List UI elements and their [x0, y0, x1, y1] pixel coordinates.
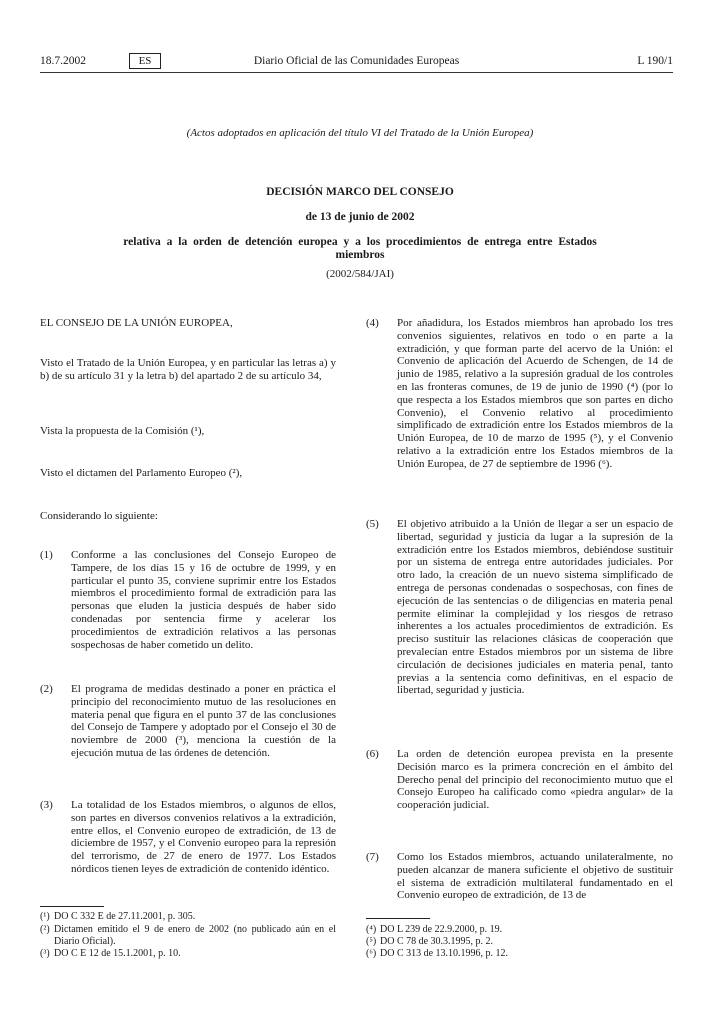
footnote-5: (⁵) DO C 78 de 30.3.1995, p. 2. [366, 936, 673, 948]
recital-1: (1) Conforme a las conclusiones del Cons… [40, 549, 336, 651]
recital-text: La orden de detención europea prevista e… [397, 748, 673, 812]
recital-2: (2) El programa de medidas destinado a p… [40, 683, 336, 760]
recital-6: (6) La orden de detención europea previs… [366, 748, 673, 812]
footnote-divider [40, 906, 104, 907]
recital-text: Conforme a las conclusiones del Consejo … [71, 549, 336, 651]
recital-text: El programa de medidas destinado a poner… [71, 683, 336, 760]
footnote-3: (³) DO C E 12 de 15.1.2001, p. 10. [40, 948, 336, 960]
footnote-1: (¹) DO C 332 E de 27.11.2001, p. 305. [40, 911, 336, 923]
recital-5: (5) El objetivo atribuido a la Unión de … [366, 518, 673, 697]
preamble-proposal: Vista la propuesta de la Comisión (¹), [40, 425, 336, 438]
recital-number: (1) [40, 549, 70, 562]
recital-number: (5) [366, 518, 396, 531]
preamble-council: EL CONSEJO DE LA UNIÓN EUROPEA, [40, 317, 336, 330]
recital-text: La totalidad de los Estados miembros, o … [71, 799, 336, 876]
recital-number: (6) [366, 748, 396, 761]
preamble-whereas: Considerando lo siguiente: [40, 510, 336, 523]
recital-number: (7) [366, 851, 396, 864]
recital-text: Como los Estados miembros, actuando unil… [397, 851, 673, 902]
footnote-2: (²) Dictamen emitido el 9 de enero de 20… [40, 924, 336, 948]
recital-number: (3) [40, 799, 70, 812]
right-column: (4) Por añadidura, los Estados miembros … [366, 0, 673, 1019]
recital-text: Por añadidura, los Estados miembros han … [397, 317, 673, 471]
recital-3: (3) La totalidad de los Estados miembros… [40, 799, 336, 876]
preamble-treaty: Visto el Tratado de la Unión Europea, y … [40, 357, 336, 383]
recital-4: (4) Por añadidura, los Estados miembros … [366, 317, 673, 471]
left-column: EL CONSEJO DE LA UNIÓN EUROPEA, Visto el… [40, 0, 336, 1019]
recital-7: (7) Como los Estados miembros, actuando … [366, 851, 673, 902]
footnote-6: (⁶) DO C 313 de 13.10.1996, p. 12. [366, 948, 673, 960]
recital-text: El objetivo atribuido a la Unión de lleg… [397, 518, 673, 697]
recital-number: (4) [366, 317, 396, 330]
footnote-4: (⁴) DO L 239 de 22.9.2000, p. 19. [366, 924, 673, 936]
recital-number: (2) [40, 683, 70, 696]
footnote-divider [366, 918, 430, 919]
preamble-opinion: Visto el dictamen del Parlamento Europeo… [40, 467, 336, 480]
